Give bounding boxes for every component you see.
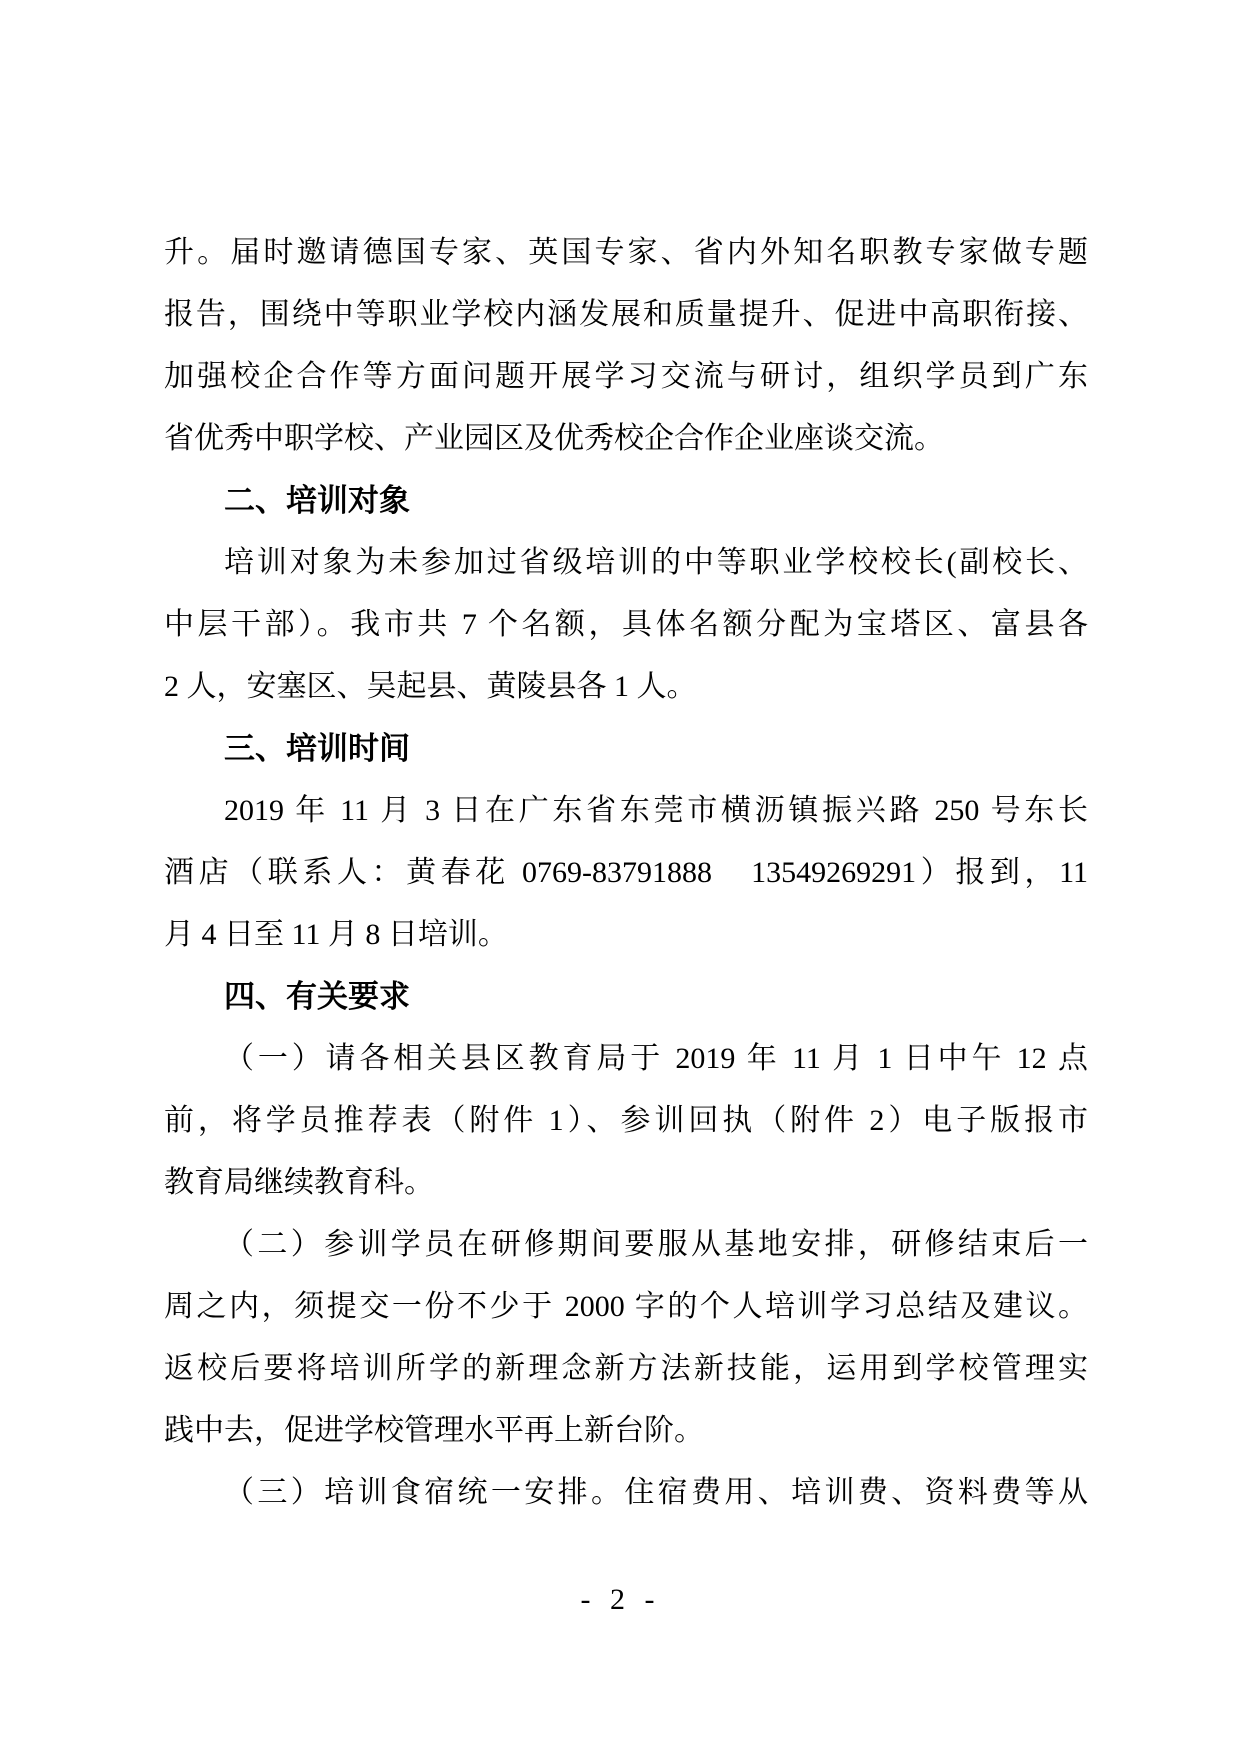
paragraph-line: 省优秀中职学校、产业园区及优秀校企合作企业座谈交流。 [164,408,1088,470]
page-number: - 2 - [0,1578,1241,1622]
paragraph-line: 周之内，须提交一份不少于 2000 字的个人培训学习总结及建议。 [164,1276,1088,1338]
paragraph-line: 升。届时邀请德国专家、英国专家、省内外知名职教专家做专题 [164,222,1088,284]
paragraph-line: 2 人，安塞区、吴起县、黄陵县各 1 人。 [164,656,1088,718]
section-heading-4: 四、有关要求 [164,966,1088,1028]
paragraph-line: 加强校企合作等方面问题开展学习交流与研讨，组织学员到广东 [164,346,1088,408]
paragraph-line: （二）参训学员在研修期间要服从基地安排，研修结束后一 [164,1214,1088,1276]
paragraph-line: 践中去，促进学校管理水平再上新台阶。 [164,1400,1088,1462]
paragraph-line: 报告，围绕中等职业学校内涵发展和质量提升、促进中高职衔接、 [164,284,1088,346]
section-heading-2: 二、培训对象 [164,470,1088,532]
paragraph-line: 培训对象为未参加过省级培训的中等职业学校校长(副校长、 [164,532,1088,594]
document-page: 升。届时邀请德国专家、英国专家、省内外知名职教专家做专题 报告，围绕中等职业学校… [0,0,1241,1754]
section-heading-3: 三、培训时间 [164,718,1088,780]
paragraph-line: 前，将学员推荐表（附件 1）、参训回执（附件 2）电子版报市 [164,1090,1088,1152]
document-body: 升。届时邀请德国专家、英国专家、省内外知名职教专家做专题 报告，围绕中等职业学校… [164,222,1088,1524]
paragraph-line: 返校后要将培训所学的新理念新方法新技能，运用到学校管理实 [164,1338,1088,1400]
paragraph-line: 2019 年 11 月 3 日在广东省东莞市横沥镇振兴路 250 号东长 [164,780,1088,842]
paragraph-line: 教育局继续教育科。 [164,1152,1088,1214]
paragraph-line: 中层干部）。我市共 7 个名额，具体名额分配为宝塔区、富县各 [164,594,1088,656]
paragraph-line: 月 4 日至 11 月 8 日培训。 [164,904,1088,966]
paragraph-line: （一）请各相关县区教育局于 2019 年 11 月 1 日中午 12 点 [164,1028,1088,1090]
paragraph-line: （三）培训食宿统一安排。住宿费用、培训费、资料费等从 [164,1462,1088,1524]
paragraph-line: 酒店（联系人：黄春花 0769-83791888 13549269291）报到，… [164,842,1088,904]
